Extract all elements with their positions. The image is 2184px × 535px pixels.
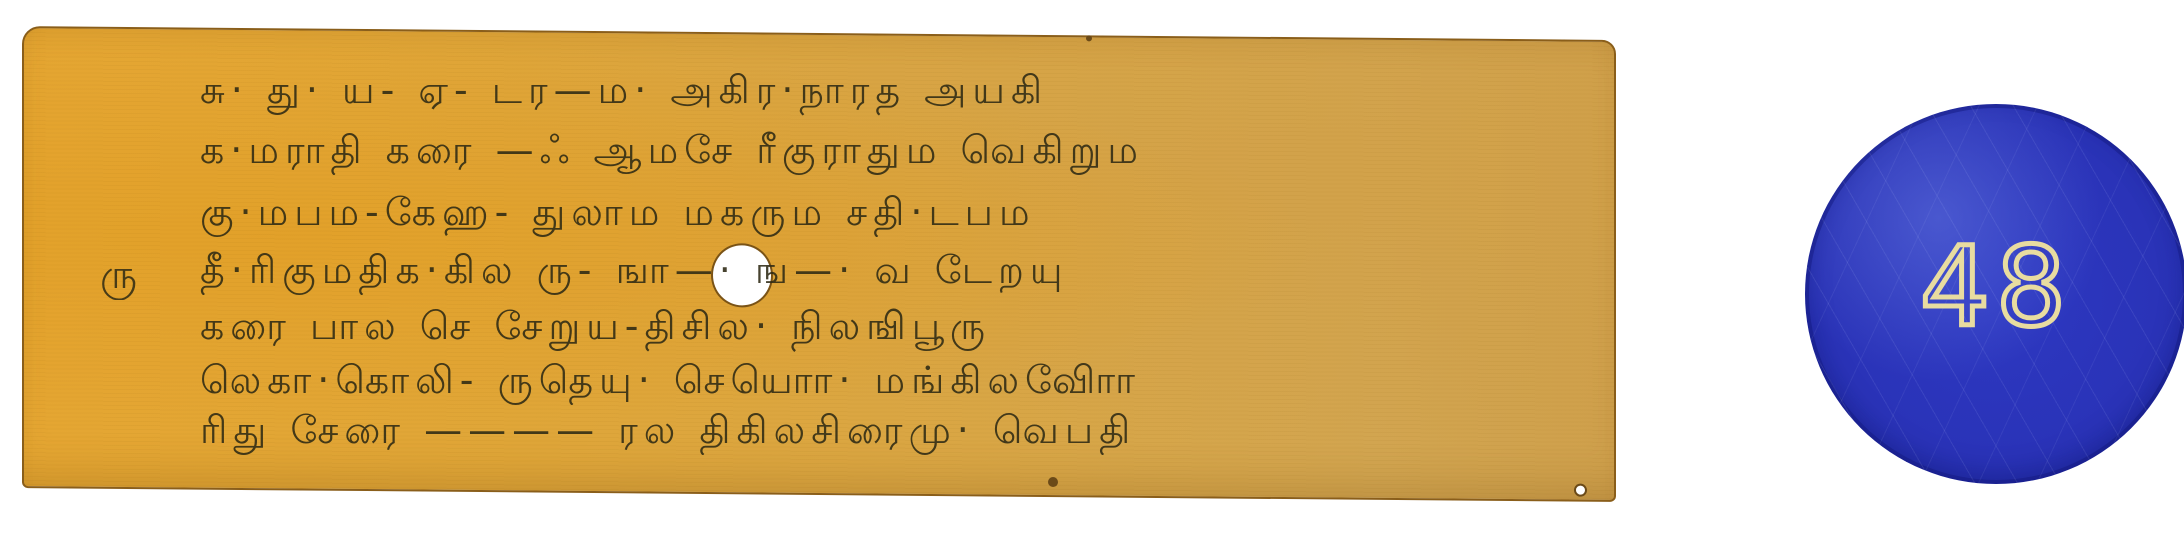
script-line-5: கரை பால செ சேறுய-திசில· நிலஙிபூரு	[200, 304, 991, 354]
leaf-speck	[1048, 477, 1058, 487]
number-tag-disc: 48	[1805, 104, 2184, 484]
marginal-annotation: ரு	[100, 252, 137, 303]
leaf-speck	[1086, 35, 1092, 41]
script-line-4: தீ·ரிகுமதிக·கில ரு- ஙா—· ங—· வ டேறயு	[200, 248, 1068, 298]
script-line-3: கு·மபம-கேஹ- துலாம மகரும சதி·டபம	[200, 190, 1036, 240]
leaf-speck	[1576, 486, 1585, 495]
script-line-6: லெகா·கொலி- ருதெயு· செயொா· மங்கிலவிோா	[200, 358, 1141, 408]
tag-number: 48	[1805, 232, 2184, 342]
manuscript-scene: ரு சு· து· ய- ஏ- டர—ம· அகிர·நாரத அயகி க·…	[0, 0, 2184, 535]
script-line-2: க·மராதி கரை —ஃ ஆமசே ரீகுராதும வெகிறும	[200, 128, 1144, 178]
script-line-7: ரிது சேரை ———— ரல திகிலசிரைமு· வெபதி	[200, 408, 1136, 458]
script-line-1: சு· து· ய- ஏ- டர—ம· அகிர·நாரத அயகி	[200, 68, 1048, 118]
